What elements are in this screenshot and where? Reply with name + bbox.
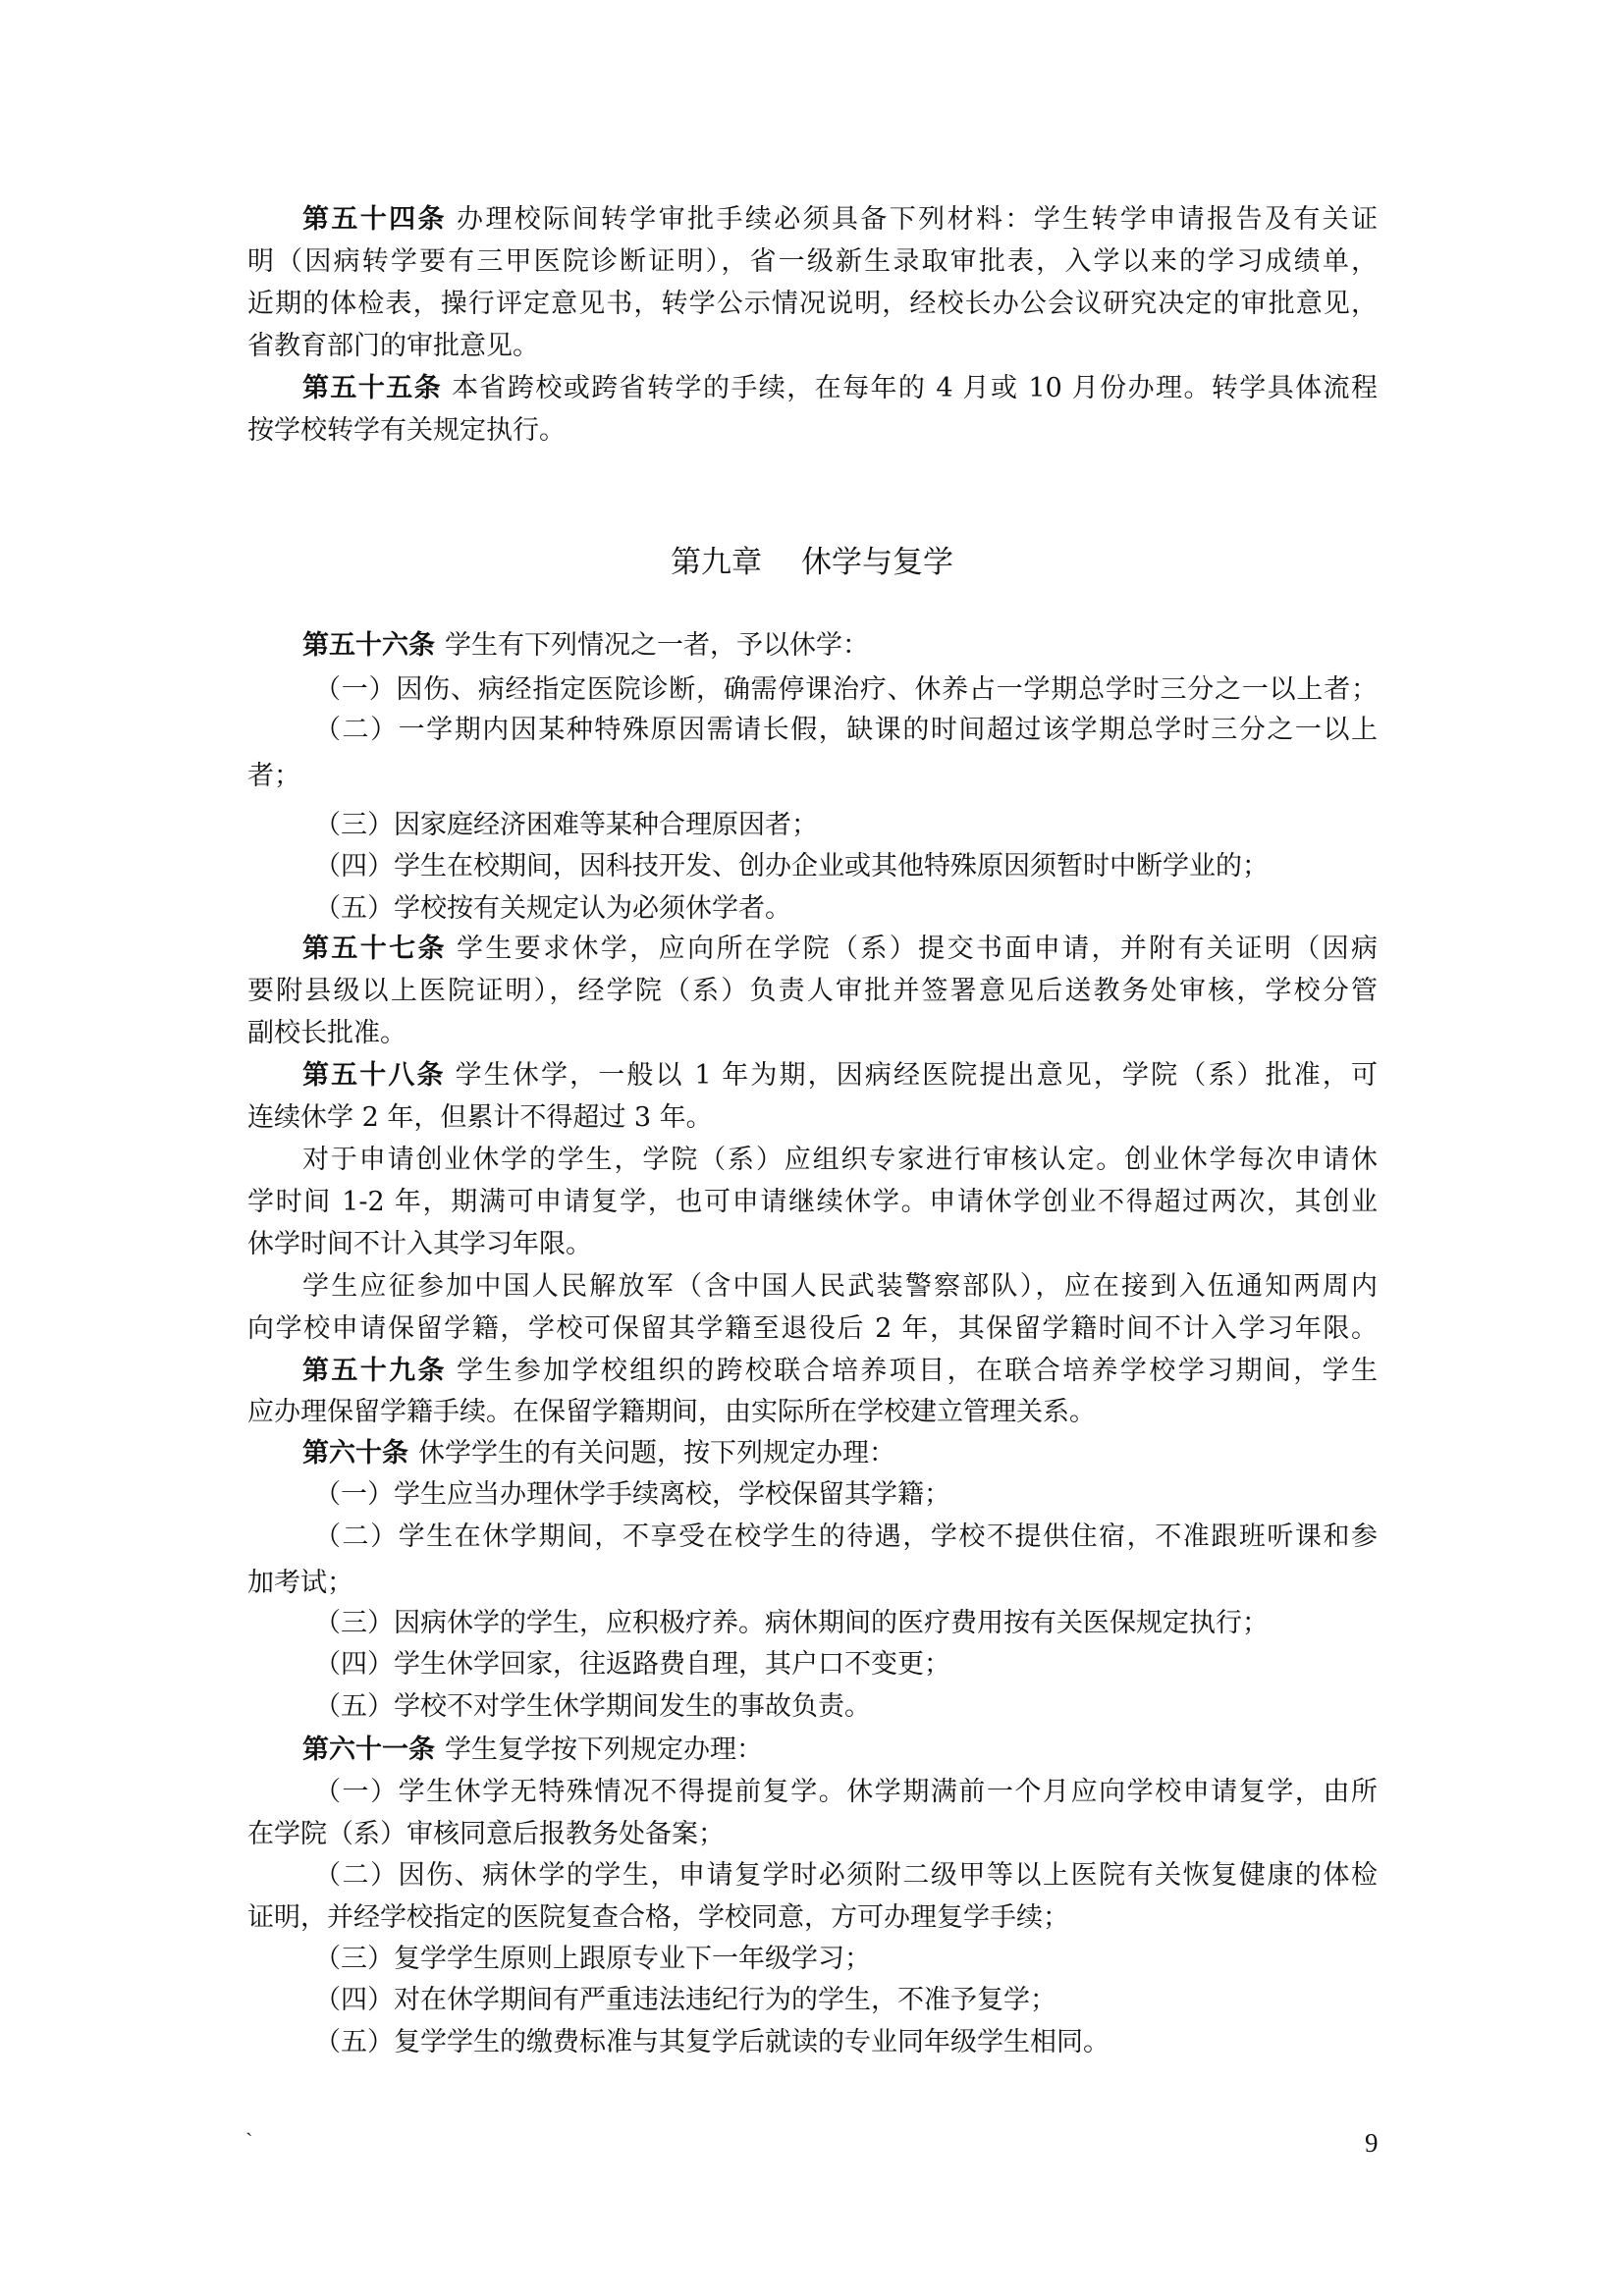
- text-line: （四）学生休学回家，往返路费自理，其户口不变更；: [314, 1643, 1378, 1685]
- line-text: 学时间 1-2 年，期满可申请复学，也可申请继续休学。申请休学创业不得超过两次，…: [247, 1187, 1378, 1217]
- article-heading-line: 第五十四条办理校际间转学审批手续必须具备下列材料：学生转学申请报告及有关证: [302, 198, 1378, 240]
- line-text: （一）学生休学无特殊情况不得提前复学。休学期满前一个月应向学校申请复学，由所: [314, 1777, 1378, 1807]
- line-text: 在学院（系）审核同意后报教务处备案；: [247, 1819, 725, 1849]
- line-text: （二）一学期内因某种特殊原因需请长假，缺课的时间超过该学期总学时三分之一以上: [314, 715, 1378, 745]
- document-page: 第五十四条办理校际间转学审批手续必须具备下列材料：学生转学申请报告及有关证明（因…: [0, 0, 1624, 2296]
- line-text: 学生参加学校组织的跨校联合培养项目，在联合培养学校学习期间，学生: [457, 1356, 1378, 1386]
- text-line: 在学院（系）审核同意后报教务处备案；: [247, 1813, 1378, 1855]
- text-line: （三）因家庭经济困难等某种合理原因者；: [314, 804, 1378, 846]
- line-text: 向学校申请保留学籍，学校可保留其学籍至退役后 2 年，其保留学籍时间不计入学习年…: [247, 1313, 1378, 1344]
- line-text: 学生要求休学，应向所在学院（系）提交书面申请，并附有关证明（因病: [457, 934, 1378, 964]
- text-line: （三）复学学生原则上跟原专业下一年级学习；: [314, 1938, 1378, 1980]
- line-text: （四）学生休学回家，往返路费自理，其户口不变更；: [314, 1649, 950, 1680]
- line-text: 明（因病转学要有三甲医院诊断证明），省一级新生录取审批表，入学以来的学习成绩单，: [247, 246, 1378, 277]
- line-text: 者；: [247, 761, 300, 791]
- line-text: （五）学校不对学生休学期间发生的事故负责。: [314, 1691, 871, 1722]
- text-line: （二）一学期内因某种特殊原因需请长假，缺课的时间超过该学期总学时三分之一以上: [314, 709, 1378, 751]
- article-number: 第五十六条: [302, 630, 435, 661]
- line-text: 学生有下列情况之一者，予以休学：: [445, 630, 869, 661]
- text-line: 休学时间不计入其学习年限。: [247, 1223, 1378, 1265]
- line-text: 学生复学按下列规定办理：: [445, 1735, 763, 1765]
- line-text: 省教育部门的审批意见。: [247, 331, 539, 361]
- chapter-number: 第九章: [671, 545, 762, 580]
- text-line: 副校长批准。: [247, 1012, 1378, 1054]
- line-text: 应办理保留学籍手续。在保留学籍期间，由实际所在学校建立管理关系。: [247, 1397, 1096, 1427]
- line-text: 要附县级以上医院证明），经学院（系）负责人审批并签署意见后送教务处审核，学校分管: [247, 976, 1378, 1006]
- footer-mark: `: [245, 2128, 252, 2154]
- article-number: 第五十四条: [302, 204, 447, 235]
- text-line: （二）学生在休学期间，不享受在校学生的待遇，学校不提供住宿，不准跟班听课和参: [314, 1516, 1378, 1558]
- text-line: 对于申请创业休学的学生，学院（系）应组织专家进行审核认定。创业休学每次申请休: [302, 1139, 1378, 1181]
- text-line: （四）学生在校期间，因科技开发、创办企业或其他特殊原因须暂时中断学业的；: [314, 845, 1378, 887]
- text-line: 明（因病转学要有三甲医院诊断证明），省一级新生录取审批表，入学以来的学习成绩单，: [247, 240, 1378, 283]
- line-text: 本省跨校或跨省转学的手续，在每年的 4 月或 10 月份办理。转学具体流程: [452, 373, 1378, 403]
- article-number: 第五十五条: [302, 373, 442, 403]
- text-line: 者；: [247, 755, 1378, 797]
- line-text: 副校长批准。: [247, 1018, 406, 1048]
- text-line: （一）学生应当办理休学手续离校，学校保留其学籍；: [314, 1473, 1378, 1516]
- article-heading-line: 第六十一条学生复学按下列规定办理：: [302, 1729, 1378, 1771]
- line-text: （二）学生在休学期间，不享受在校学生的待遇，学校不提供住宿，不准跟班听课和参: [314, 1522, 1378, 1552]
- chapter-heading: 第九章休学与复学: [0, 542, 1624, 583]
- page-number: 9: [1365, 2128, 1379, 2159]
- text-line: 省教育部门的审批意见。: [247, 325, 1378, 367]
- line-text: （三）复学学生原则上跟原专业下一年级学习；: [314, 1944, 871, 1974]
- line-text: （三）因病休学的学生，应积极疗养。病休期间的医疗费用按有关医保规定执行；: [314, 1608, 1269, 1638]
- line-text: 学生应征参加中国人民解放军（含中国人民武装警察部队），应在接到入伍通知两周内: [302, 1271, 1378, 1302]
- line-text: 连续休学 2 年，但累计不得超过 3 年。: [247, 1102, 713, 1133]
- article-heading-line: 第五十六条学生有下列情况之一者，予以休学：: [302, 624, 1378, 667]
- text-line: （一）因伤、病经指定医院诊断，确需停课治疗、休养占一学期总学时三分之一以上者；: [314, 668, 1378, 711]
- line-text: 近期的体检表，操行评定意见书，转学公示情况说明，经校长办公会议研究决定的审批意见…: [247, 289, 1378, 319]
- article-heading-line: 第五十九条学生参加学校组织的跨校联合培养项目，在联合培养学校学习期间，学生: [302, 1350, 1378, 1392]
- line-text: （二）因伤、病休学的学生，申请复学时必须附二级甲等以上医院有关恢复健康的体检: [314, 1860, 1378, 1891]
- article-heading-line: 第六十条休学学生的有关问题，按下列规定办理：: [302, 1432, 1378, 1474]
- text-line: （三）因病休学的学生，应积极疗养。病休期间的医疗费用按有关医保规定执行；: [314, 1602, 1378, 1644]
- text-line: 加考试；: [247, 1562, 1378, 1604]
- line-text: 学生休学，一般以 1 年为期，因病经医院提出意见，学院（系）批准，可: [456, 1060, 1378, 1091]
- text-line: 应办理保留学籍手续。在保留学籍期间，由实际所在学校建立管理关系。: [247, 1391, 1378, 1433]
- text-line: 近期的体检表，操行评定意见书，转学公示情况说明，经校长办公会议研究决定的审批意见…: [247, 283, 1378, 325]
- text-line: 向学校申请保留学籍，学校可保留其学籍至退役后 2 年，其保留学籍时间不计入学习年…: [247, 1308, 1378, 1350]
- line-text: （三）因家庭经济困难等某种合理原因者；: [314, 810, 818, 840]
- text-line: （一）学生休学无特殊情况不得提前复学。休学期满前一个月应向学校申请复学，由所: [314, 1771, 1378, 1813]
- line-text: （四）对在休学期间有严重违法违纪行为的学生，不准予复学；: [314, 1985, 1056, 2015]
- article-number: 第六十条: [302, 1438, 408, 1468]
- text-line: （二）因伤、病休学的学生，申请复学时必须附二级甲等以上医院有关恢复健康的体检: [314, 1854, 1378, 1896]
- line-text: 休学时间不计入其学习年限。: [247, 1229, 592, 1259]
- line-text: 休学学生的有关问题，按下列规定办理：: [418, 1438, 895, 1468]
- line-text: 按学校转学有关规定执行。: [247, 415, 566, 446]
- line-text: 加考试；: [247, 1568, 353, 1598]
- article-number: 第五十八条: [302, 1060, 446, 1091]
- article-number: 第五十九条: [302, 1356, 447, 1386]
- text-line: （五）学校按有关规定认为必须休学者。: [314, 887, 1378, 930]
- line-text: （四）学生在校期间，因科技开发、创办企业或其他特殊原因须暂时中断学业的；: [314, 851, 1269, 881]
- chapter-name: 休学与复学: [801, 545, 953, 580]
- text-line: 学生应征参加中国人民解放军（含中国人民武装警察部队），应在接到入伍通知两周内: [302, 1265, 1378, 1308]
- line-text: 证明，并经学校指定的医院复查合格，学校同意，方可办理复学手续；: [247, 1902, 1069, 1933]
- article-number: 第五十七条: [302, 934, 447, 964]
- article-number: 第六十一条: [302, 1735, 435, 1765]
- text-line: 学时间 1-2 年，期满可申请复学，也可申请继续休学。申请休学创业不得超过两次，…: [247, 1181, 1378, 1223]
- line-text: （五）学校按有关规定认为必须休学者。: [314, 893, 791, 924]
- text-line: 要附县级以上医院证明），经学院（系）负责人审批并签署意见后送教务处审核，学校分管: [247, 970, 1378, 1012]
- text-line: 按学校转学有关规定执行。: [247, 409, 1378, 452]
- text-line: （四）对在休学期间有严重违法违纪行为的学生，不准予复学；: [314, 1979, 1378, 2021]
- line-text: （五）复学学生的缴费标准与其复学后就读的专业同年级学生相同。: [314, 2027, 1110, 2057]
- article-heading-line: 第五十七条学生要求休学，应向所在学院（系）提交书面申请，并附有关证明（因病: [302, 928, 1378, 970]
- text-line: （五）学校不对学生休学期间发生的事故负责。: [314, 1685, 1378, 1728]
- text-line: （五）复学学生的缴费标准与其复学后就读的专业同年级学生相同。: [314, 2021, 1378, 2063]
- article-heading-line: 第五十八条学生休学，一般以 1 年为期，因病经医院提出意见，学院（系）批准，可: [302, 1054, 1378, 1096]
- line-text: （一）学生应当办理休学手续离校，学校保留其学籍；: [314, 1479, 950, 1510]
- line-text: （一）因伤、病经指定医院诊断，确需停课治疗、休养占一学期总学时三分之一以上者；: [314, 674, 1378, 705]
- text-line: 证明，并经学校指定的医院复查合格，学校同意，方可办理复学手续；: [247, 1896, 1378, 1939]
- article-heading-line: 第五十五条本省跨校或跨省转学的手续，在每年的 4 月或 10 月份办理。转学具体…: [302, 367, 1378, 409]
- text-line: 连续休学 2 年，但累计不得超过 3 年。: [247, 1096, 1378, 1139]
- line-text: 对于申请创业休学的学生，学院（系）应组织专家进行审核认定。创业休学每次申请休: [302, 1145, 1378, 1175]
- line-text: 办理校际间转学审批手续必须具备下列材料：学生转学申请报告及有关证: [457, 204, 1378, 235]
